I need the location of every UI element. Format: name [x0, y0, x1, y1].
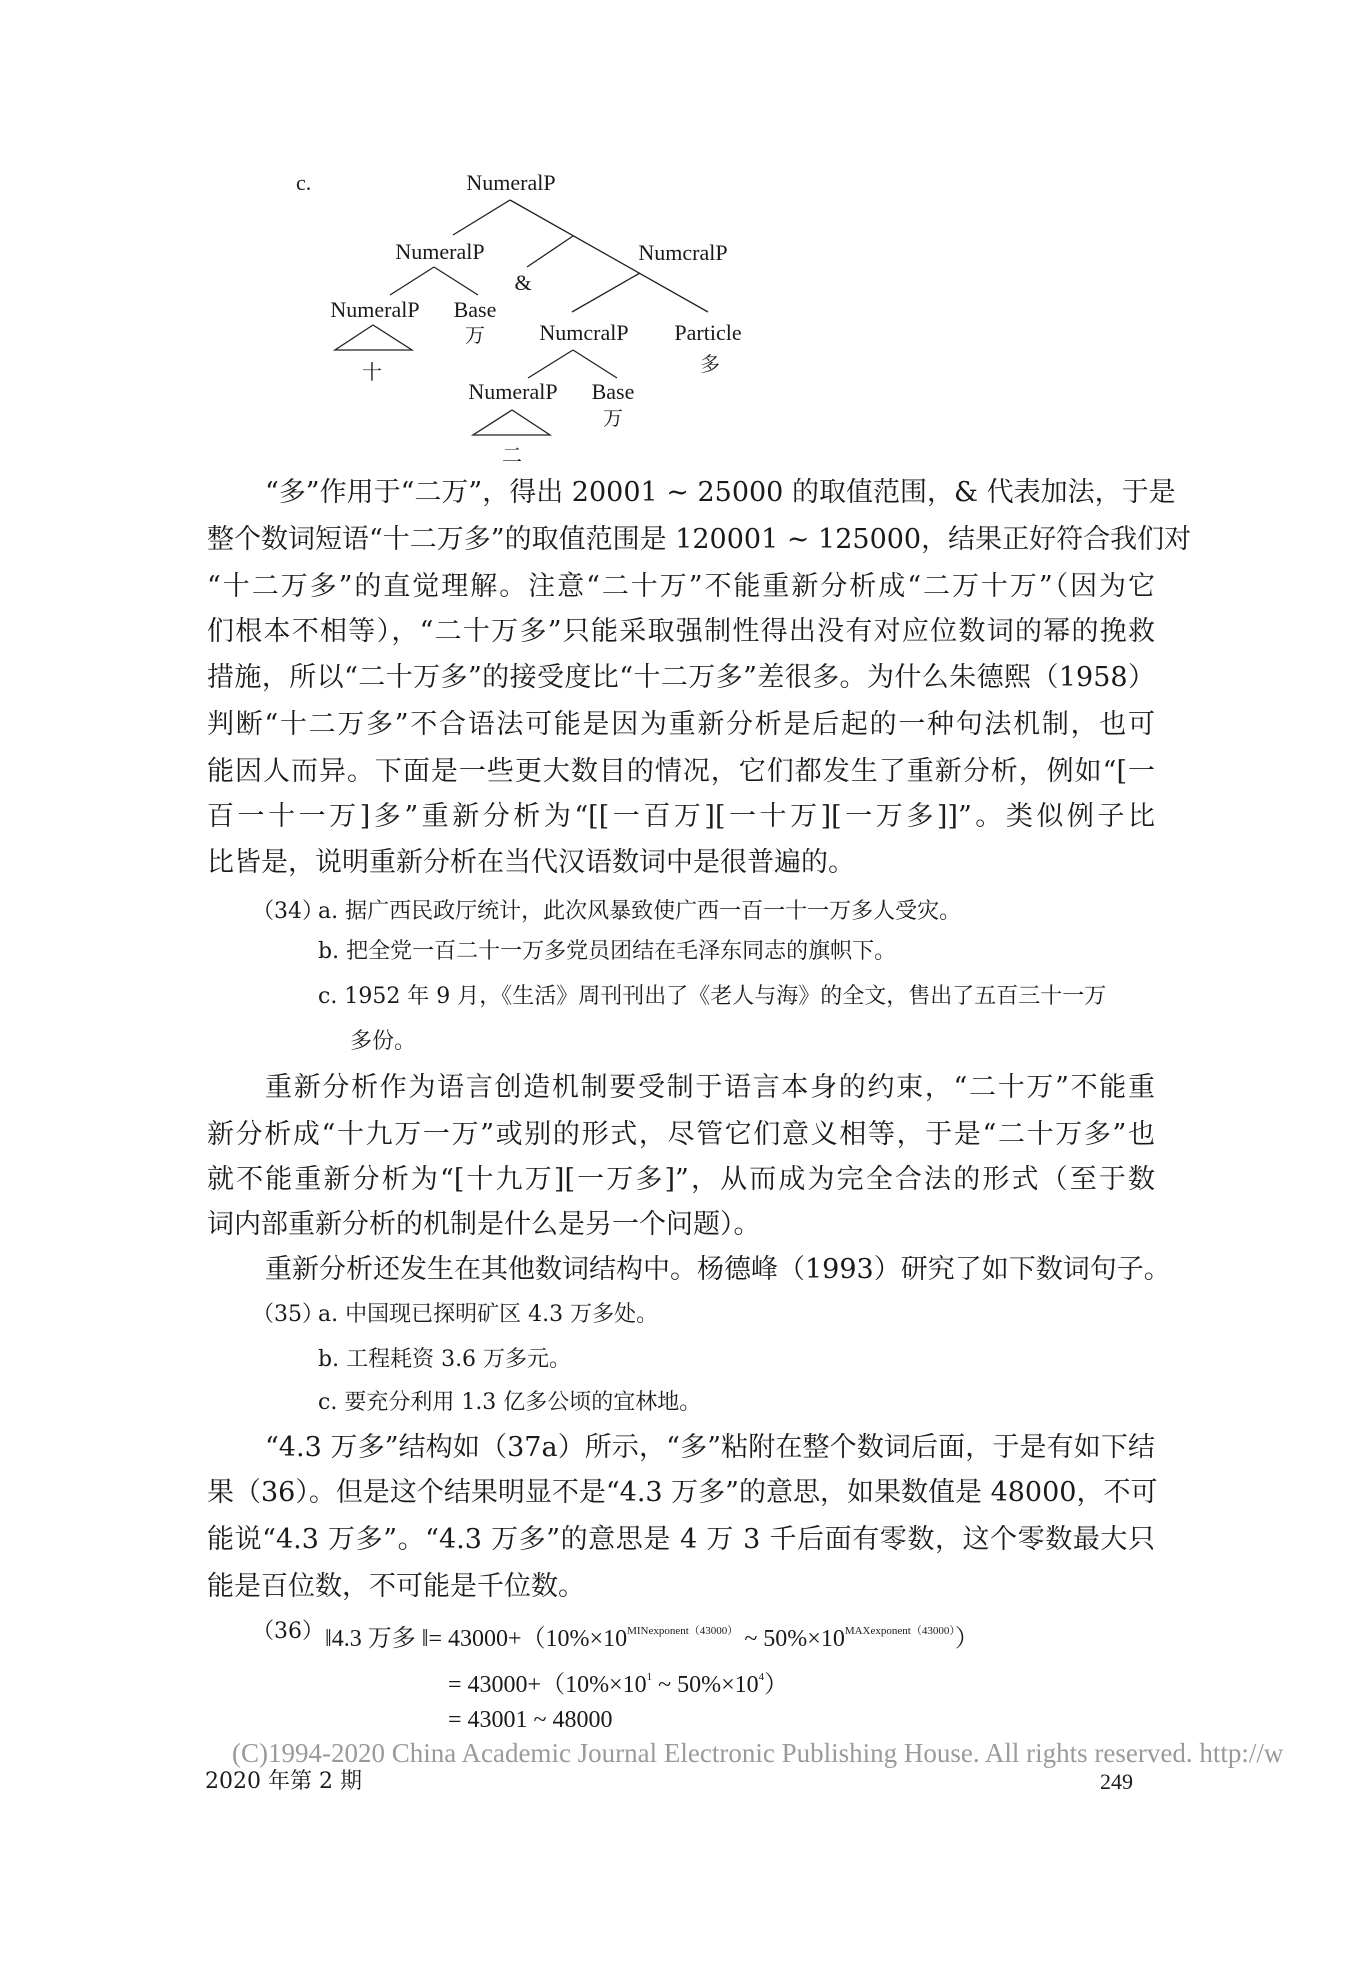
copyright-notice: (C)1994-2020 China Academic Journal Elec…	[232, 1738, 1283, 1769]
text-line: 重新分析作为语言创造机制要受制于语言本身的约束，“二十万”不能重	[265, 1073, 1155, 1103]
journal-issue: 2020 年第 2 期	[205, 1770, 362, 1794]
example-item-c: c. 1952 年 9 月，《生活》周刊刊出了《老人与海》的全文，售出了五百三十…	[318, 984, 1106, 1010]
tree-node-right: NumcralP	[638, 242, 727, 264]
tree-node-left: NumeralP	[395, 241, 484, 263]
item-text: 把全党一百二十一万多党员团结在毛泽东同志的旗帜下。	[346, 939, 896, 964]
example-number: （34）	[252, 899, 324, 925]
item-label: b.	[318, 1347, 339, 1372]
tree-leaf-wan-2: 万	[603, 408, 623, 428]
text-line: “十二万多”的直觉理解。注意“二十万”不能重新分析成“二万十万”（因为它	[207, 572, 1155, 602]
formula-line-2: = 43000+（10%×101 ~ 50%×104）	[448, 1663, 788, 1699]
tree-leaf-er: 二	[502, 445, 522, 465]
tree-leaf-shi: 十	[362, 362, 382, 382]
text-line: 百一十一万]多”重新分析为“[[一百万][一十万][一万多]]”。类似例子比	[207, 802, 1155, 832]
tree-node-particle: Particle	[674, 322, 741, 344]
text-line: 们根本不相等），“二十万多”只能采取强制性得出没有对应位数词的幂的挽救	[207, 617, 1155, 647]
item-text: 要充分利用 1.3 亿多公顷的宜林地。	[344, 1390, 701, 1415]
text-line: 整个数词短语“十二万多”的取值范围是 120001 ~ 125000，结果正好符…	[207, 525, 1155, 555]
text-line: “多”作用于“二万”，得出 20001 ~ 25000 的取值范围，& 代表加法…	[265, 478, 1155, 508]
formula-line-1: ‖4.3 万多 ‖= 43000+（10%×10MINexponent（4300…	[325, 1617, 979, 1653]
tree-leaf-duo: 多	[700, 354, 720, 374]
tree-node-ampersand: &	[514, 272, 531, 294]
text-line: 果（36）。但是这个结果明显不是“4.3 万多”的意思，如果数值是 48000，…	[207, 1478, 1155, 1508]
text-line: 判断“十二万多”不合语法可能是因为重新分析是后起的一种句法机制，也可	[207, 710, 1155, 740]
formula-lhs: ‖4.3 万多 ‖	[325, 1626, 428, 1652]
tree-node-left-left: NumeralP	[330, 299, 419, 321]
example-number: （35）	[252, 1302, 324, 1328]
example-item-b: b. 把全党一百二十一万多党员团结在毛泽东同志的旗帜下。	[318, 939, 896, 965]
tree-node-left-base: Base	[454, 299, 497, 321]
item-text: 据广西民政厅统计，此次风暴致使广西一百一十一万多人受灾。	[345, 899, 961, 924]
item-label: c.	[318, 984, 337, 1009]
superscript-min-exponent: MINexponent（43000）	[627, 1625, 738, 1637]
item-text: 工程耗资 3.6 万多元。	[346, 1347, 571, 1372]
tree-node-right-left: NumcralP	[539, 322, 628, 344]
text-line: 词内部重新分析的机制是什么是另一个问题）。	[207, 1210, 1155, 1240]
text-line: 新分析成“十九万一万”或别的形式，尽管它们意义相等，于是“二十万多”也	[207, 1120, 1155, 1150]
item-label: b.	[318, 939, 339, 964]
example-item-c-continuation: 多份。	[350, 1029, 416, 1055]
item-label: a.	[318, 899, 338, 924]
formula-line-3: = 43001 ~ 48000	[448, 1706, 613, 1734]
text-line: “4.3 万多”结构如（37a）所示，“多”粘附在整个数词后面，于是有如下结	[265, 1433, 1155, 1463]
tree-leaf-wan-1: 万	[465, 325, 485, 345]
text-line: 能因人而异。下面是一些更大数目的情况，它们都发生了重新分析，例如“[一	[207, 757, 1155, 787]
example-item-b: b. 工程耗资 3.6 万多元。	[318, 1347, 571, 1373]
item-label: c.	[318, 1390, 337, 1415]
item-label: a.	[318, 1302, 338, 1327]
tree-node-right-left-left: NumeralP	[468, 381, 557, 403]
text-line: 比皆是，说明重新分析在当代汉语数词中是很普遍的。	[207, 848, 1155, 878]
text-line: 就不能重新分析为“[十九万][一万多]”，从而成为完全合法的形式（至于数	[207, 1165, 1155, 1195]
item-text: 中国现已探明矿区 4.3 万多处。	[345, 1302, 658, 1327]
example-item-c: c. 要充分利用 1.3 亿多公顷的宜林地。	[318, 1390, 701, 1416]
example-item-a: a. 据广西民政厅统计，此次风暴致使广西一百一十一万多人受灾。	[318, 899, 961, 925]
example-item-a: a. 中国现已探明矿区 4.3 万多处。	[318, 1302, 658, 1328]
text-line: 重新分析还发生在其他数词结构中。杨德峰（1993）研究了如下数词句子。	[265, 1255, 1155, 1285]
item-text: 1952 年 9 月，《生活》周刊刊出了《老人与海》的全文，售出了五百三十一万	[344, 984, 1106, 1009]
page-number: 249	[1100, 1770, 1133, 1794]
text-line: 能是百位数，不可能是千位数。	[207, 1572, 1155, 1602]
text-line: 措施，所以“二十万多”的接受度比“十二万多”差很多。为什么朱德熙（1958）	[207, 663, 1155, 693]
text-line: 能说“4.3 万多”。“4.3 万多”的意思是 4 万 3 千后面有零数，这个零…	[207, 1525, 1155, 1555]
example-number: （36）	[252, 1619, 324, 1645]
tree-node-root: NumeralP	[466, 172, 555, 194]
tree-node-right-left-base: Base	[592, 381, 635, 403]
superscript-max-exponent: MAXexponent（43000）	[845, 1625, 955, 1637]
